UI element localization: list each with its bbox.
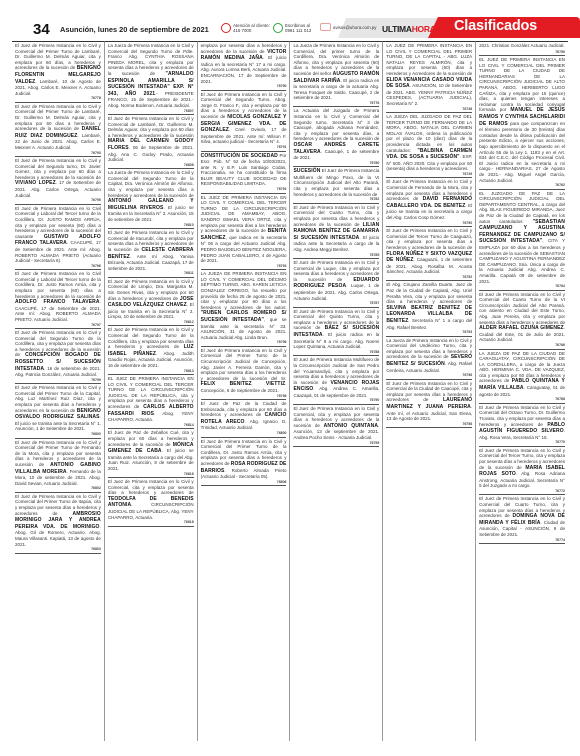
classified-notice: El Juez de Primera Instancia en lo Civil…: [479, 404, 565, 447]
contact-value: 415 7000: [233, 28, 251, 33]
column-5: LA JUEZ DE PRIMERA INSTANCIA EN LO CIVIL…: [383, 41, 476, 741]
notice-code: 76758: [386, 422, 472, 426]
notice-code: 76796: [15, 264, 101, 268]
classified-notice: El Juez de Primera Instancia en lo Civil…: [108, 115, 194, 169]
notice-code: 76766: [479, 343, 565, 347]
classified-notice: LA JUEZ DE PRIMERA INSTANCIA EN LO CIVIL…: [386, 42, 472, 113]
notice-text: El Juez de Primera Instancia en lo Civil…: [108, 327, 194, 349]
notice-text: 2021. Christian González Actuario Judici…: [479, 43, 565, 48]
notice-name: VIVIANO LOPEZ: [15, 180, 56, 186]
notice-code: 76795: [293, 441, 379, 445]
notice-code: 76756: [386, 373, 472, 377]
notice-code: 76770: [479, 440, 565, 444]
notice-name: FELIX BENITEZ VIETTIZ: [201, 381, 286, 387]
classified-notice: EL JUEZ DE PRIMERA INSTANCIA EN LO CIVIL…: [479, 56, 565, 190]
classified-notice: El Juez de Primera Instancia en lo Civil…: [293, 204, 379, 259]
notice-heading: SUCESIÓN: [293, 168, 320, 174]
contact-phone: Atención al cliente:415 7000: [221, 23, 270, 33]
notice-code: 76812: [108, 320, 194, 324]
classified-notice: CONSTITUCIÓN DE SOCIEDAD Por Escr. Púb. …: [201, 152, 287, 194]
classified-notice: El Juez de Primera Instancia en lo Civil…: [15, 493, 101, 554]
notice-text: La Actuaria del Juzgado de Primera Insta…: [293, 108, 379, 141]
contact-whatsapp: Escribinos al0981 111 013: [273, 23, 311, 33]
notice-code: 76762: [479, 183, 565, 187]
classified-notice: 2021. Christian González Actuario Judici…: [479, 42, 565, 56]
column-2: La Jueza de Primera Instancia en lo Civi…: [105, 41, 198, 741]
notice-code: 76816: [108, 472, 194, 476]
classified-notice: El Juez de Primera Instancia en lo Civil…: [479, 447, 565, 496]
classified-notice: LA JUEZA DE PRIMERA INSTANCIA EN LO CIVI…: [201, 270, 287, 347]
classified-notice: El Juez de Primera Instancia en lo Civil…: [15, 384, 101, 438]
notice-text: El Juez de Primera Instancia en lo Civil…: [108, 479, 194, 495]
notice-code: 76800: [15, 432, 101, 436]
notice-name: ANTONIO QUINTANA: [324, 423, 378, 429]
classified-notice: El Juez de Primera Instancia en lo Civil…: [386, 380, 472, 429]
notice-text: El Juez de Primera Instancia en lo Civil…: [15, 158, 101, 180]
classified-notice: EL JUEZ DE PRIMERA INSTANCIA EN LO CIVIL…: [108, 375, 194, 429]
classified-notice: EL JUZGADO DE PAZ DE LA CIRCUNSCRIPCIÓN …: [479, 190, 565, 291]
notice-text: La Jueza de Primera Instancia en lo Civi…: [108, 170, 194, 197]
classified-notice: El Juez de Primera Instancia en lo Civil…: [293, 259, 379, 308]
notice-code: 76818: [108, 520, 194, 524]
notice-code: 76793: [15, 151, 101, 155]
notice-code: 76768: [479, 397, 565, 401]
section-banner: Clasificados: [428, 17, 580, 38]
phone-icon: [221, 23, 231, 33]
classified-notice: La Actuaria del Juzgado de Primera Insta…: [293, 107, 379, 167]
notice-tail: para que comparezcan en el término peren…: [479, 121, 565, 183]
classified-notice: El Abg. Cirujano Zamilla Duarte, Juez de…: [386, 281, 472, 336]
whatsapp-icon: [273, 23, 283, 33]
classified-notice: El Juez de Primera Instancia en lo Civil…: [15, 157, 101, 205]
classified-notice: El Juez de Primera Instancia en lo Civil…: [201, 347, 287, 400]
column-6: 2021. Christian González Actuario Judici…: [476, 41, 568, 741]
notice-code: 76780: [293, 161, 379, 165]
classified-notice: El Juez de Primera Instancia Multifuero …: [293, 356, 379, 405]
notice-code: 76795: [15, 198, 101, 202]
notice-text: LA JUEZ DE PRIMERA INSTANCIA EN LO CIVIL…: [386, 43, 472, 76]
classified-notice: El Juez de Primera Instancia en lo Civil…: [108, 278, 194, 327]
classified-notice: La Jueza de Primera Instancia en lo Civi…: [108, 169, 194, 229]
classified-notice: El Juez de Primera Instancia en lo Civil…: [108, 326, 194, 375]
classified-notice: El Juez de Primera Instancia en lo Civil…: [201, 91, 287, 152]
classified-notice: El Juez de Primera Instancia en lo Civil…: [479, 495, 565, 544]
column-3: emplaza por sesenta días a herederos y a…: [198, 41, 291, 741]
classified-notice: El Juez de Primera Instancia en lo Civil…: [15, 270, 101, 329]
notice-name: ADOLFO FRANCO TALAVERA: [15, 299, 100, 305]
classified-notice: El Juez de Primera Instancia en lo Civil…: [293, 308, 379, 357]
classified-notice: LA JUEZA DE PAZ DE LA CIUDAD DE CARAGUAT…: [479, 350, 565, 404]
notice-code: 76803: [15, 547, 101, 551]
notice-code: 76793: [201, 264, 287, 268]
notice-code: 76814: [108, 423, 194, 427]
notice-code: 76813: [108, 369, 194, 373]
notice-code: 76807: [108, 109, 194, 113]
notice-code: 76753: [386, 330, 472, 334]
section-title: Clasificados: [454, 18, 537, 34]
notice-code: 76808: [108, 163, 194, 167]
notice-text: LA JUEZA DE PRIMERA INSTANCIA EN LO CIVI…: [201, 271, 287, 310]
notice-code: 76772: [479, 489, 565, 493]
classified-notice: La Jueza de Primera Instancia en lo Civi…: [386, 337, 472, 380]
notice-code: 76748: [386, 107, 472, 111]
classified-notice: LA JUEZA DEL JUZGADO DE PAZ DEL TERCER T…: [386, 113, 472, 178]
notice-code: 76774: [479, 538, 565, 542]
page-header: 34 Asunción, lunes 20 de septiembre de 2…: [0, 22, 580, 40]
classified-notice: El Juez de Primera Instancia en lo Civil…: [293, 405, 379, 447]
notice-text: El Juez de Primera Instancia en lo Civil…: [201, 348, 287, 381]
classified-notice: El Juez de Primera Instancia en lo Civil…: [15, 205, 101, 270]
notice-code: 76752: [386, 275, 472, 279]
classified-notice: El Juez de Primera Instancia en lo Civil…: [15, 103, 101, 157]
notice-code: 76764: [479, 284, 565, 288]
notice-code: 76785: [293, 253, 379, 257]
notice-code: 76792: [201, 187, 287, 191]
notice-text: El Juez de Primera Instancia en lo Civil…: [108, 116, 194, 138]
notice-code: 76750: [479, 50, 565, 54]
notice-text: El Juez de Primera Instancia en lo Civil…: [479, 292, 565, 325]
contact-email-address: avisos@uhora.com.py: [333, 25, 377, 30]
notice-text: EL JUEZ DE PRIMERA INSTANCIA EN LO CIVIL…: [479, 57, 565, 112]
email-icon: [320, 23, 331, 31]
notice-name: ALDER RAFAEL OZUNA GIMENEZ: [479, 325, 564, 331]
notice-code: 76799: [15, 378, 101, 382]
notice-code: 76788: [293, 350, 379, 354]
contact-email: avisos@uhora.com.py: [320, 23, 377, 31]
classified-notice: El Juez de Primera Instancia en lo Civil…: [15, 42, 101, 103]
notice-code: 76796: [201, 340, 287, 344]
classified-notice: El Juez de Primera Instancia en lo Civil…: [108, 478, 194, 527]
page-number: 34: [33, 22, 50, 38]
notice-text: El Juez de Primera Instancia en lo Civil…: [15, 271, 101, 298]
notice-tail: , CITA Y EMPLAZA por 60 días a los hered…: [479, 238, 565, 283]
classified-notice: EL JUEZ DE PRIMERA INSTANCIA EN LO CIVIL…: [201, 194, 287, 271]
classified-notice: El Juez de Primera Instancia en lo Civil…: [15, 329, 101, 384]
notice-code: 76797: [15, 323, 101, 327]
classified-notice: emplaza por sesenta días a herederos y a…: [201, 42, 287, 91]
notice-code: 76776: [293, 101, 379, 105]
notice-code: 76802: [15, 486, 101, 490]
classified-notice: SUCESIÓN El Juez de Primera Instancia Mu…: [293, 167, 379, 203]
classified-notice: El Juez de Paz de Zeballos Cué, cita y e…: [108, 429, 194, 478]
notice-code: 76798: [201, 394, 287, 398]
classified-notice: El Juez de Primera Instancia en lo Civil…: [386, 227, 472, 281]
classified-columns: El Juez de Primera Instancia en lo Civil…: [12, 41, 568, 741]
column-4: La Jueza de Primera Instancia en lo Civi…: [290, 41, 383, 741]
notice-code: 76790: [201, 84, 287, 88]
notice-code: 76778: [15, 96, 101, 100]
notice-code: 76749: [386, 172, 472, 176]
notice-code: 76810: [108, 223, 194, 227]
notice-code: 76791: [201, 145, 287, 149]
notice-code: 76800: [201, 431, 287, 435]
notice-code: 76750: [386, 221, 472, 225]
classified-notice: El Juez de Primera Instancia en lo Civil…: [201, 438, 287, 487]
classified-notice: El Juez de Paz de la Ciudad de Emboscada…: [201, 400, 287, 437]
classified-notice: La Jueza de Primera Instancia en lo Civi…: [293, 42, 379, 107]
classified-notice: La Jueza de Primera Instancia en lo Civi…: [108, 42, 194, 115]
notice-code: 76811: [108, 271, 194, 275]
classified-notice: El Juez de Primera Instancia en lo Civil…: [479, 291, 565, 350]
notice-code: 76782: [293, 197, 379, 201]
notice-heading: CONSTITUCIÓN DE SOCIEDAD: [201, 153, 278, 159]
classified-notice: El Juez de Primera Instancia en lo Civil…: [108, 229, 194, 278]
column-1: El Juez de Primera Instancia en lo Civil…: [12, 41, 105, 741]
notice-code: 76787: [293, 301, 379, 305]
notice-text: El Juez de Primera Instancia en lo Civil…: [386, 228, 472, 250]
brand-logo: ULTIMAHORA: [382, 24, 436, 34]
notice-text: El Abg. Cirujano Zamilla Duarte, Juez de…: [386, 282, 472, 304]
classified-notice: El Juez de Primera Instancia en lo Civil…: [15, 439, 101, 493]
classified-notice: El Juez de Primera Instancia en lo Civil…: [386, 178, 472, 227]
notice-code: 76806: [201, 480, 287, 484]
notice-code: 76790: [293, 398, 379, 402]
dateline: Asunción, lunes 20 de septiembre de 2021: [60, 25, 209, 34]
contact-value: 0981 111 013: [285, 28, 311, 33]
